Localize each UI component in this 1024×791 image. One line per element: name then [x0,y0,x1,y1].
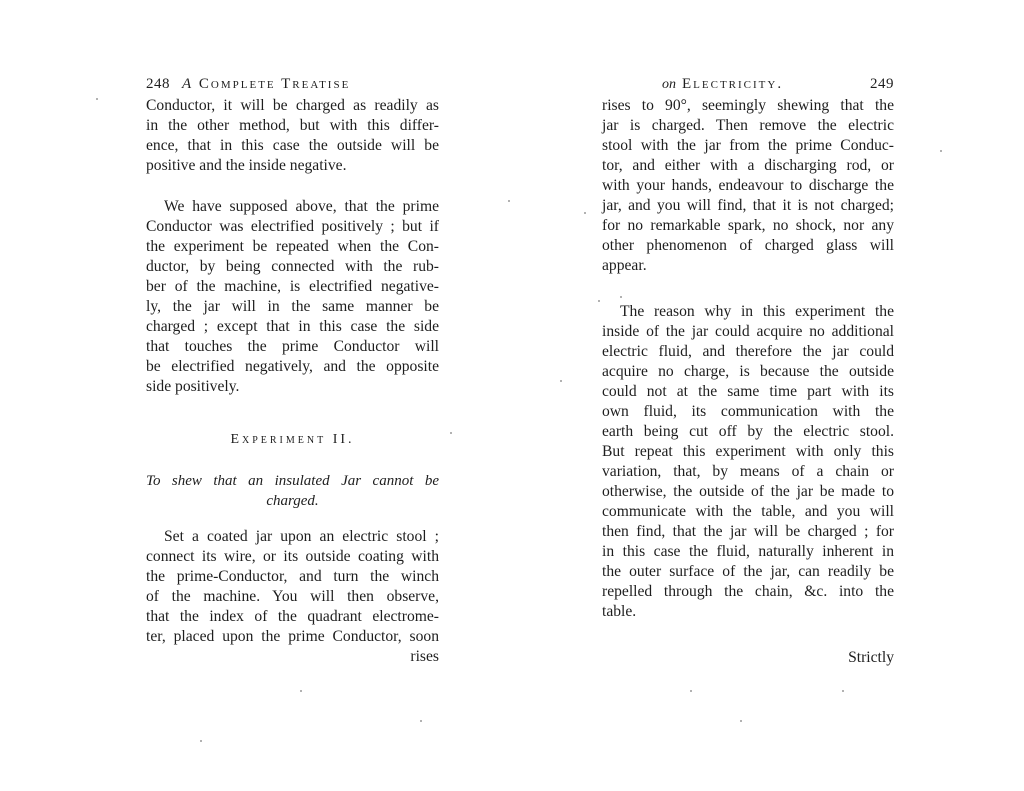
text-line: the experiment be repeated when the Con- [146,237,439,257]
text-line: jar is charged. Then remove the electric [602,116,894,136]
running-head: A Complete Treatise [182,74,350,94]
running-head-title: Electricity. [682,76,783,92]
experiment-heading: Experiment II. [146,430,439,450]
text-line: table. [602,602,894,622]
text-line: for no remarkable spark, no shock, nor a… [602,216,894,236]
text-line: ly, the jar will in the same manner be [146,297,439,317]
text-line: ductor, by being connected with the rub- [146,257,439,277]
text-line: in this case the fluid, naturally inhere… [602,542,894,562]
scan-speck [300,690,302,692]
scan-speck [560,380,562,382]
catchword: Strictly [848,648,894,668]
text-line: jar, and you will find, that it is not c… [602,196,894,216]
page-number: 248 [146,74,170,94]
scan-speck [420,720,422,722]
scan-speck [842,690,844,692]
text-line: We have supposed above, that the prime [146,197,439,217]
scan-speck [620,296,622,298]
scan-speck [940,150,942,152]
text-line: Conductor was electrified positively ; b… [146,217,439,237]
text-line: repelled through the chain, &c. into the [602,582,894,602]
scan-speck [690,690,692,692]
text-line: own fluid, its communication with the [602,402,894,422]
text-line: with your hands, endeavour to discharge … [602,176,894,196]
text-line: appear. [602,256,894,276]
text-line: inside of the jar could acquire no addit… [602,322,894,342]
text-line: ence, that in this case the outside will… [146,136,439,156]
text-line: other phenomenon of charged glass will [602,236,894,256]
text-line: Conductor, it will be charged as readily… [146,96,439,116]
text-line: variation, that, by means of a chain or [602,462,894,482]
catchword: rises [410,647,439,667]
scan-speck [450,432,452,434]
text-line: could not at the same time part with its [602,382,894,402]
text-line: electric fluid, and therefore the jar co… [602,342,894,362]
text-line: that touches the prime Conductor will [146,337,439,357]
text-line: in the other method, but with this diffe… [146,116,439,136]
experiment-subtitle: To shew that an insulated Jar cannot be [146,471,439,491]
right-page-header: onElectricity. 249 [602,74,894,94]
text-line: ber of the machine, is electrified negat… [146,277,439,297]
text-line: acquire no charge, is because the outsid… [602,362,894,382]
running-head-prefix: on [662,77,676,92]
text-line: rises to 90°, seemingly shewing that the [602,96,894,116]
scan-speck [598,300,600,302]
text-line: tor, and either with a discharging rod, … [602,156,894,176]
text-line: ter, placed upon the prime Conductor, so… [146,627,439,647]
scan-speck [740,720,742,722]
text-line: side positively. [146,377,439,397]
text-line: be electrified negatively, and the oppos… [146,357,439,377]
page-number: 249 [870,74,894,94]
running-head-rest: Complete Treatise [199,76,350,92]
scan-speck [508,200,510,202]
experiment-subtitle: charged. [146,491,439,511]
text-line: that the index of the quadrant electrome… [146,607,439,627]
left-page-header: 248 A Complete Treatise [146,74,439,94]
text-line: otherwise, the outside of the jar be mad… [602,482,894,502]
running-head: onElectricity. [662,74,783,95]
text-line: charged ; except that in this case the s… [146,317,439,337]
text-line: positive and the inside negative. [146,156,439,176]
text-line: then find, that the jar will be charged … [602,522,894,542]
text-line: communicate with the table, and you will [602,502,894,522]
scan-speck [200,740,202,742]
text-line: stool with the jar from the prime Conduc… [602,136,894,156]
text-line: earth being cut off by the electric stoo… [602,422,894,442]
running-head-article: A [182,76,193,92]
text-line: The reason why in this experiment the [602,302,894,322]
text-line: the prime-Conductor, and turn the winch [146,567,439,587]
scan-speck [584,212,586,214]
text-line: connect its wire, or its outside coating… [146,547,439,567]
text-line: of the machine. You will then observe, [146,587,439,607]
scan-speck [96,98,98,100]
text-line: But repeat this experiment with only thi… [602,442,894,462]
text-line: the outer surface of the jar, can readil… [602,562,894,582]
text-line: Set a coated jar upon an electric stool … [146,527,439,547]
